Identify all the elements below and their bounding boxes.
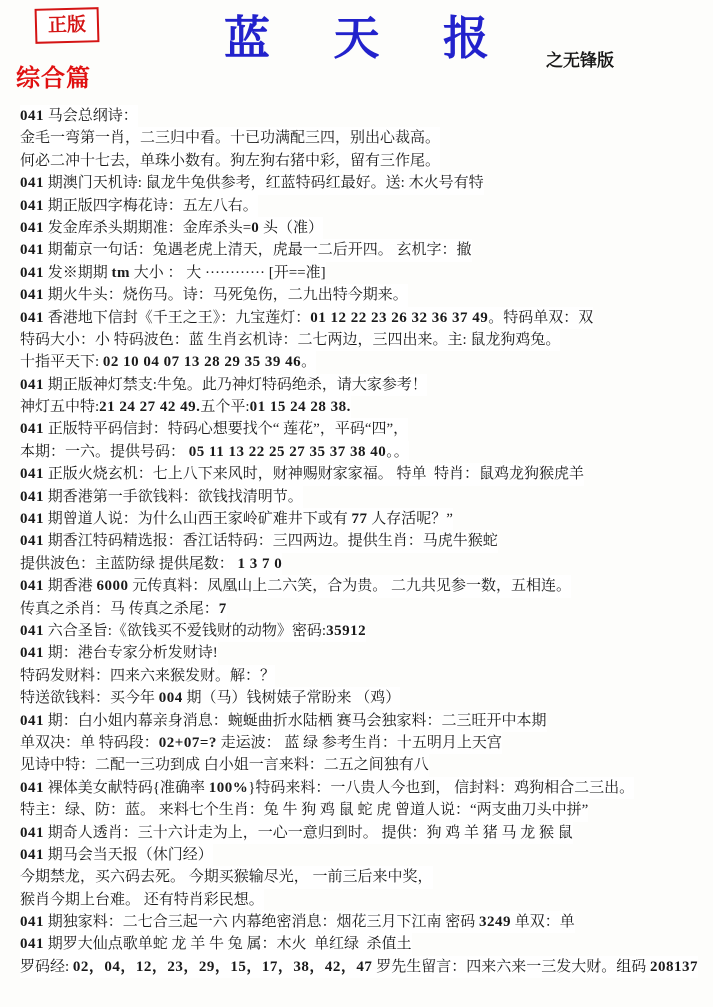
edition-label: 之无锋版 bbox=[546, 46, 614, 71]
text-line: 041 期正版神灯禁支:牛兔。此乃神灯特码绝杀，请大家参考！ bbox=[20, 374, 427, 396]
text-line: 特码大小：小 特码波色：蓝 生肖玄机诗：二七两边，三四出来。主: 鼠龙狗鸡兔。 bbox=[20, 329, 560, 351]
text-line: 041 期香江特码精选报：香江话特码：三四两边。提供生肖：马虎牛猴蛇 bbox=[20, 530, 498, 552]
text-line: 041 期奇人透肖：三十六计走为上，一心一意归到时。 提供：狗 鸡 羊 猪 马 … bbox=[20, 822, 573, 844]
text-line: 041 期独家料：二七合三起一六 内幕绝密消息：烟花三月下江南 密码 3249 … bbox=[20, 911, 575, 933]
text-line: 金毛一弯第一肖，二三归中看。十已功满配三四，别出心裁高。 bbox=[20, 127, 440, 149]
section-heading: 综合篇 bbox=[16, 58, 91, 93]
text-line: 十指平天下: 02 10 04 07 13 28 29 35 39 46。 bbox=[20, 351, 316, 373]
text-line: 041 六合圣旨:《欲钱买不爱钱财的动物》密码:35912 bbox=[20, 620, 366, 642]
text-line: 041 期罗大仙点歌单蛇 龙 羊 牛 兔 属：木火 单红绿 杀值土 bbox=[20, 933, 412, 955]
text-line: 041 正版特平码信封：特码心想要找个“ 莲花”，平码“四”， bbox=[20, 418, 408, 440]
text-line: 本期：一六。提供号码： 05 11 13 22 25 27 35 37 38 4… bbox=[20, 441, 409, 463]
newspaper-page: 正版 蓝 天 报 之无锋版 综合篇 041 马会总纲诗：金毛一弯第一肖，二三归中… bbox=[0, 0, 713, 1007]
text-line: 041 发※期期 tm 大小 ： 大 ············ [开==准] bbox=[20, 262, 326, 284]
text-lines: 041 马会总纲诗：金毛一弯第一肖，二三归中看。十已功满配三四，别出心裁高。何必… bbox=[20, 105, 706, 978]
text-line: 041 期正版四字梅花诗：五左八右。 bbox=[20, 195, 258, 217]
text-line: 041 裸体美女献特码{准确率 100%}特码来料：一八贵人今也到， 信封料：鸡… bbox=[20, 777, 634, 799]
text-line: 猴肖今期上台难。 还有特肖彩民想。 bbox=[20, 889, 264, 911]
text-line: 见诗中特：二配一三功到成 白小姐一言来料：二五之间独有八 bbox=[20, 754, 429, 776]
text-line: 特送欲钱料：买今年 004 期（马）钱树婊子常盼来 （鸡） bbox=[20, 687, 400, 709]
text-line: 041 期火牛头：烧伤马。诗：马死兔伤，二九出特今期来。 bbox=[20, 284, 408, 306]
text-line: 041 期香港第一手欲钱料：欲钱找清明节。 bbox=[20, 486, 303, 508]
text-line: 神灯五中特:21 24 27 42 49.五个平:01 15 24 28 38. bbox=[20, 396, 351, 418]
text-line: 单双决：单 特码段：02+07=? 走运波： 蓝 绿 参考生肖：十五明月上天宫 bbox=[20, 732, 502, 754]
text-line: 提供波色：主蓝防绿 提供尾数： 1 3 7 0 bbox=[20, 553, 282, 575]
text-line: 041 期马会当天报（休门经） bbox=[20, 844, 213, 866]
text-line: 041 期：港台专家分析发财诗! bbox=[20, 642, 218, 664]
text-line: 传真之杀肖：马 传真之杀尾：7 bbox=[20, 598, 227, 620]
text-line: 罗码经: 02，04，12，23，29，15，17，38，42，47 罗先生留言… bbox=[20, 956, 698, 978]
text-line: 041 期曾道人说：为什么山西王家岭矿难井下或有 77 人存活呢？” bbox=[20, 508, 453, 530]
text-line: 041 正版火烧玄机：七上八下来风时，财神赐财家家福。 特单 特肖：鼠鸡龙狗猴虎… bbox=[20, 463, 584, 485]
text-line: 041 期澳门天机诗: 鼠龙牛兔供参考，红蓝特码红最好。送: 木火号有特 bbox=[20, 172, 484, 194]
text-line: 041 发金库杀头期期准：金库杀头=0 头（准） bbox=[20, 217, 323, 239]
text-line: 041 马会总纲诗： bbox=[20, 105, 138, 127]
text-line: 041 期葡京一句话：兔遇老虎上清天，虎最一二后开四。 玄机字：撤 bbox=[20, 239, 472, 261]
text-line: 041 香港地下信封《千王之王》：九宝莲灯：01 12 22 23 26 32 … bbox=[20, 307, 593, 329]
text-line: 041 期：白小姐内幕亲身消息：蜿蜒曲折水陆栖 赛马会独家料：二三旺开中本期 bbox=[20, 710, 547, 732]
text-line: 今期禁龙，买六码去死。 今期买猴输尽光， 一前三后来中奖， bbox=[20, 866, 433, 888]
text-line: 何必二冲十七去，单珠小数有。狗左狗右猪中彩，留有三作尾。 bbox=[20, 150, 440, 172]
text-line: 041 期香港 6000 元传真料：凤凰山上二六笑，合为贵。 二九共见参一数，五… bbox=[20, 575, 571, 597]
text-line: 特码发财料：四来六来猴发财。解：？ bbox=[20, 665, 275, 687]
text-line: 特主：绿、防：蓝。 来料七个生肖：兔 牛 狗 鸡 鼠 蛇 虎 曾道人说：“两支曲… bbox=[20, 799, 588, 821]
